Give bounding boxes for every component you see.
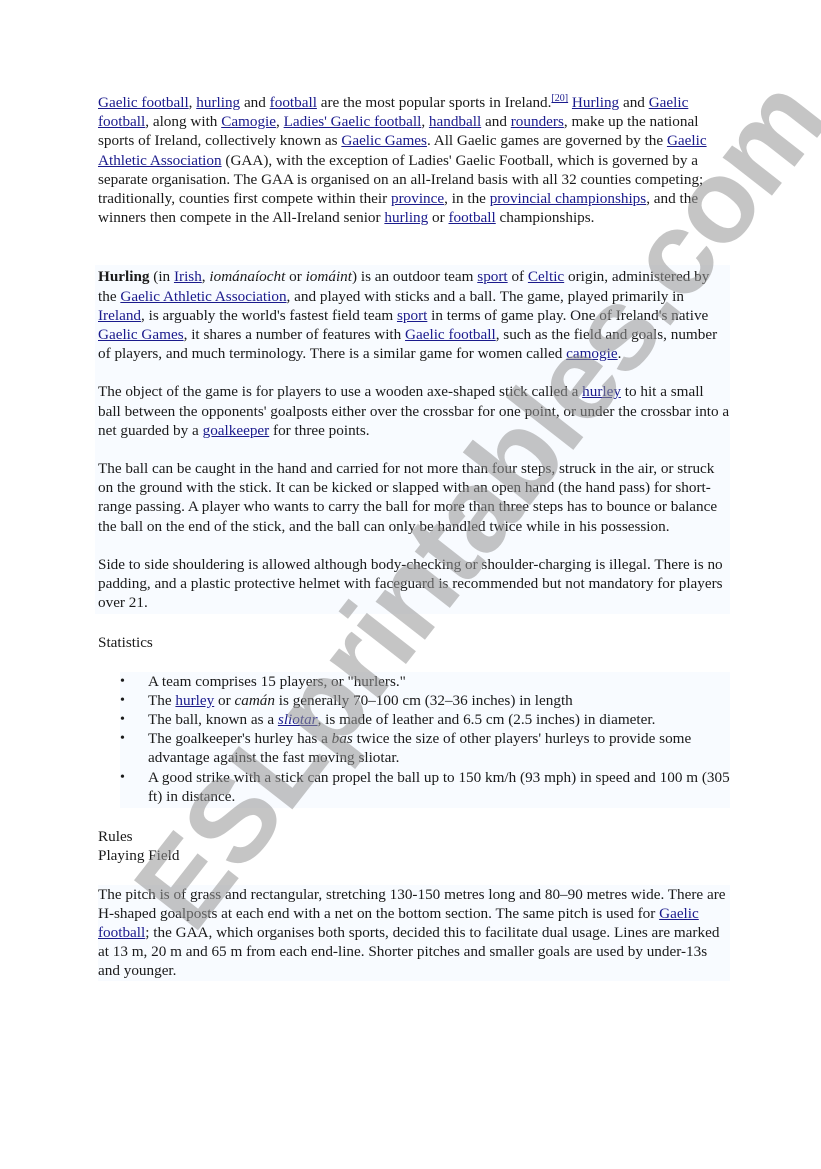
hurling-section: Hurling (in Irish, iománaíocht or iomáin… <box>95 265 730 614</box>
link-rounders[interactable]: rounders <box>511 113 564 130</box>
link-sport[interactable]: sport <box>477 268 507 285</box>
link-province[interactable]: province <box>391 190 444 207</box>
link-sliotar[interactable]: sliotar <box>278 711 318 728</box>
rules-heading: Rules <box>98 827 730 846</box>
link-gaelic-athletic-association[interactable]: Gaelic Athletic Association <box>120 288 286 305</box>
statistics-item: A good strike with a stick can propel th… <box>148 768 730 806</box>
italic-term: iomáint <box>306 268 352 285</box>
document-page: Gaelic football, hurling and football ar… <box>98 93 730 981</box>
link-20[interactable]: [20] <box>551 93 568 104</box>
statistics-item: The ball, known as a sliotar, is made of… <box>148 710 730 729</box>
statistics-heading: Statistics <box>98 633 730 652</box>
link-gaelic-games[interactable]: Gaelic Games <box>341 132 427 149</box>
link-hurling[interactable]: hurling <box>384 209 428 226</box>
hurling-paragraph-2: The object of the game is for players to… <box>98 382 730 440</box>
link-gaelic-football[interactable]: Gaelic football <box>405 326 496 343</box>
link-gaelic-football[interactable]: Gaelic football <box>98 905 699 941</box>
link-ireland[interactable]: Ireland <box>98 307 141 324</box>
link-gaelic-games[interactable]: Gaelic Games <box>98 326 184 343</box>
link-camogie[interactable]: camogie <box>566 345 617 362</box>
hurling-paragraph-1: Hurling (in Irish, iománaíocht or iomáin… <box>98 267 730 363</box>
link-hurley[interactable]: hurley <box>175 692 214 709</box>
statistics-item: A team comprises 15 players, or "hurlers… <box>148 672 730 691</box>
bold-term: Hurling <box>98 268 149 285</box>
statistics-item: The hurley or camán is generally 70–100 … <box>148 691 730 710</box>
link-handball[interactable]: handball <box>429 113 481 130</box>
link-hurling[interactable]: hurling <box>196 94 240 111</box>
link-celtic[interactable]: Celtic <box>528 268 564 285</box>
playing-field-paragraph: The pitch is of grass and rectangular, s… <box>98 885 730 981</box>
link-football[interactable]: football <box>449 209 496 226</box>
link-hurley[interactable]: hurley <box>582 383 621 400</box>
statistics-item: The goalkeeper's hurley has a bas twice … <box>148 729 730 767</box>
link-irish[interactable]: Irish <box>174 268 202 285</box>
link-gaelic-football[interactable]: Gaelic football <box>98 94 189 111</box>
link-sport[interactable]: sport <box>397 307 427 324</box>
intro-paragraph: Gaelic football, hurling and football ar… <box>98 93 730 227</box>
statistics-list: A team comprises 15 players, or "hurlers… <box>120 672 730 808</box>
link-hurling[interactable]: Hurling <box>572 94 619 111</box>
italic-term: camán <box>234 692 275 709</box>
link-ladies-gaelic-football[interactable]: Ladies' Gaelic football <box>284 113 422 130</box>
link-provincial-championships[interactable]: provincial championships <box>490 190 647 207</box>
italic-term: iománaíocht <box>209 268 285 285</box>
hurling-paragraph-3: The ball can be caught in the hand and c… <box>98 459 730 536</box>
playing-field-heading: Playing Field <box>98 846 730 865</box>
link-camogie[interactable]: Camogie <box>221 113 276 130</box>
link-goalkeeper[interactable]: goalkeeper <box>203 422 270 439</box>
italic-term: bas <box>332 730 353 747</box>
hurling-paragraph-4: Side to side shouldering is allowed alth… <box>98 555 730 613</box>
link-football[interactable]: football <box>270 94 317 111</box>
